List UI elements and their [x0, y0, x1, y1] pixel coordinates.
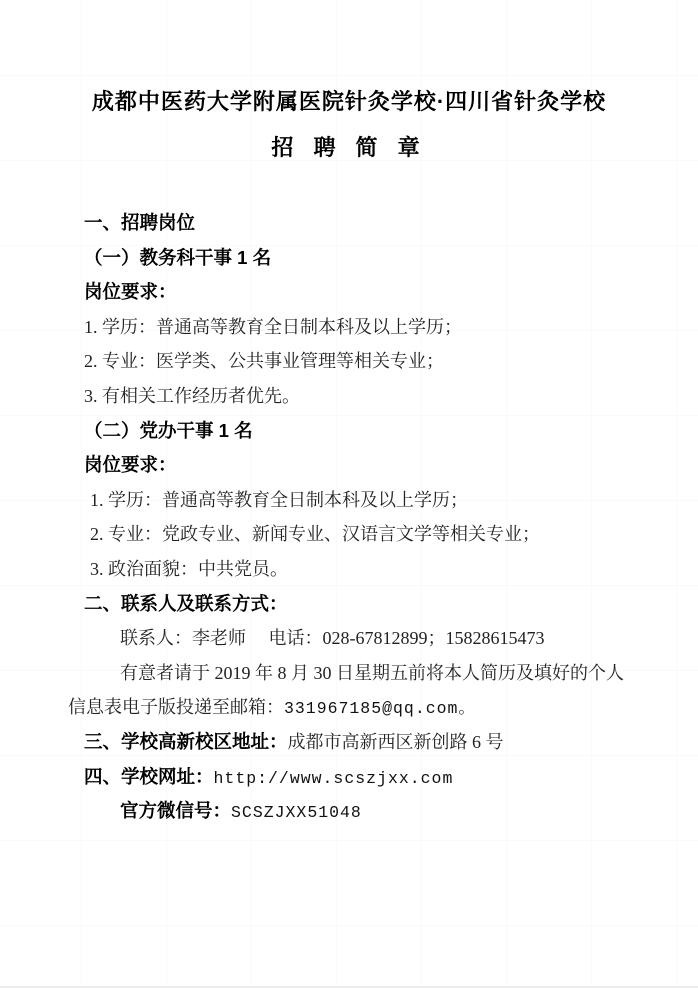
post-2-requirements-label: 岗位要求：	[84, 448, 642, 483]
section-2-heading: 二、联系人及联系方式：	[84, 587, 642, 622]
apply-instructions-line-1: 有意者请于 2019 年 8 月 30 日星期五前将本人简历及填好的个人	[120, 656, 642, 691]
post-2-title: （二）党办干事 1 名	[84, 414, 642, 449]
document-page: 成都中医药大学附属医院针灸学校·四川省针灸学校 招 聘 简 章 一、招聘岗位 （…	[0, 0, 698, 988]
apply-email-address: 331967185@qq.com。	[284, 699, 476, 718]
contact-line: 联系人：李老师 电话：028-67812899；15828615473	[120, 621, 642, 656]
section-4-heading: 四、学校网址：http://www.scszjxx.com	[84, 760, 642, 795]
post-2-requirement-item: 2. 专业：党政专业、新闻专业、汉语言文学等相关专业；	[90, 517, 642, 552]
wechat-line: 官方微信号：SCSZJXX51048	[120, 794, 642, 829]
website-url: http://www.scszjxx.com	[214, 769, 454, 788]
wechat-id: SCSZJXX51048	[231, 803, 362, 822]
apply-instructions-line-2: 信息表电子版投递至邮箱：331967185@qq.com。	[68, 690, 642, 725]
post-1-requirements-label: 岗位要求：	[84, 275, 642, 310]
section-3-heading: 三、学校高新校区地址：成都市高新西区新创路 6 号	[84, 725, 642, 760]
post-2-requirement-item: 3. 政治面貌：中共党员。	[90, 552, 642, 587]
post-1-requirement-item: 1. 学历：普通高等教育全日制本科及以上学历；	[84, 310, 642, 345]
apply-email-label: 信息表电子版投递至邮箱：	[68, 697, 284, 717]
post-1-requirement-item: 2. 专业：医学类、公共事业管理等相关专业；	[84, 344, 642, 379]
campus-address-value: 成都市高新西区新创路 6 号	[288, 732, 504, 752]
section-1-heading: 一、招聘岗位	[84, 206, 642, 241]
website-label: 四、学校网址：	[84, 766, 214, 787]
doc-subtitle: 招 聘 简 章	[0, 134, 698, 162]
post-1-title: （一）教务科干事 1 名	[84, 241, 642, 276]
document-content: 成都中医药大学附属医院针灸学校·四川省针灸学校 招 聘 简 章 一、招聘岗位 （…	[0, 0, 698, 829]
campus-address-label: 三、学校高新校区地址：	[84, 731, 288, 752]
post-2-requirement-item: 1. 学历：普通高等教育全日制本科及以上学历；	[90, 483, 642, 518]
wechat-label: 官方微信号：	[120, 800, 231, 821]
doc-title: 成都中医药大学附属医院针灸学校·四川省针灸学校	[0, 88, 698, 116]
post-1-requirement-item: 3. 有相关工作经历者优先。	[84, 379, 642, 414]
